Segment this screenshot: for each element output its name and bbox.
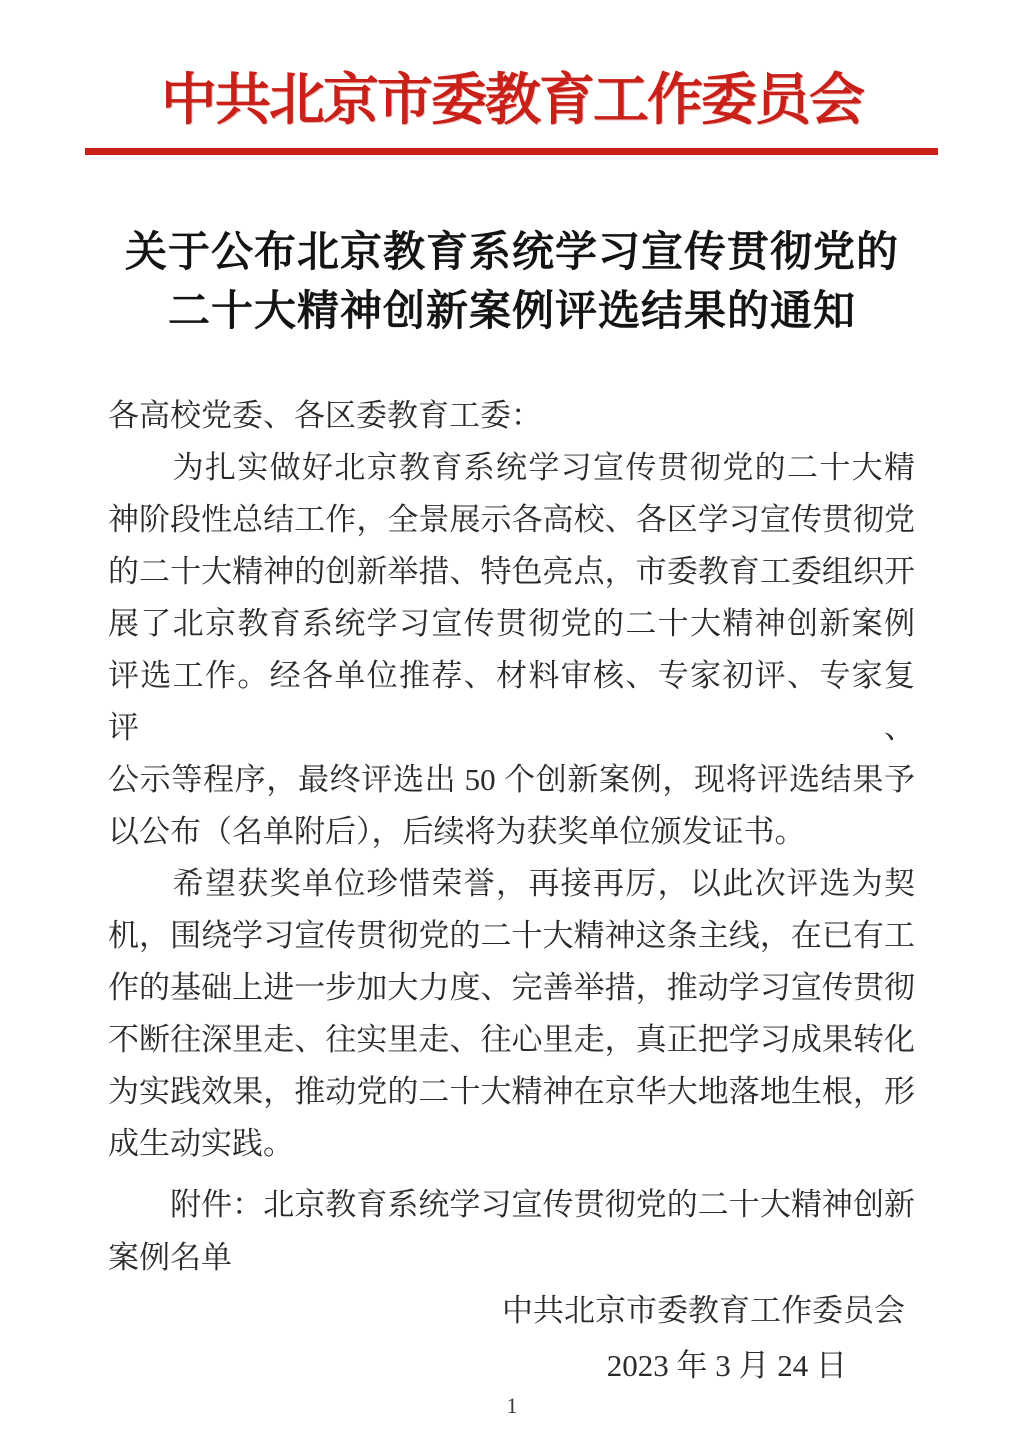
signature-date: 2023 年 3 月 24 日 [502,1338,905,1393]
body-line: 成生动实践。 [108,1118,915,1170]
letterhead-divider [85,148,938,155]
attachment-line: 案例名单 [108,1231,915,1284]
salutation: 各高校党委、各区委教育工委： [108,390,915,442]
document-title-line2: 二十大精神创新案例评选结果的通知 [60,283,964,342]
body-line: 展了北京教育系统学习宣传贯彻党的二十大精神创新案例 [108,598,915,650]
body-line: 神阶段性总结工作，全景展示各高校、各区学习宣传贯彻党 [108,494,915,546]
body-line: 为实践效果，推动党的二十大精神在京华大地落地生根，形 [108,1066,915,1118]
letterhead-org-name: 中共北京市委教育工作委员会 [0,66,1024,136]
body-line: 公示等程序，最终评选出 50 个创新案例，现将评选结果予 [108,754,915,806]
body-line: 的二十大精神的创新举措、特色亮点，市委教育工委组织开 [108,546,915,598]
body-line: 评选工作。经各单位推荐、材料审核、专家初评、专家复评、 [108,650,915,754]
document-title-line1: 关于公布北京教育系统学习宣传贯彻党的 [60,224,964,283]
body-line: 不断往深里走、往实里走、往心里走，真正把学习成果转化 [108,1014,915,1066]
signature-org: 中共北京市委教育工作委员会 [502,1283,905,1338]
body-line: 作的基础上进一步加大力度、完善举措，推动学习宣传贯彻 [108,962,915,1014]
body-line: 以公布（名单附后），后续将为获奖单位颁发证书。 [108,806,915,858]
page-number: 1 [0,1392,1024,1420]
body-line: 机，围绕学习宣传贯彻党的二十大精神这条主线，在已有工 [108,910,915,962]
document-page: 中共北京市委教育工作委员会 关于公布北京教育系统学习宣传贯彻党的 二十大精神创新… [0,0,1024,1437]
document-title: 关于公布北京教育系统学习宣传贯彻党的 二十大精神创新案例评选结果的通知 [60,224,964,342]
attachment-note: 附件：北京教育系统学习宣传贯彻党的二十大精神创新 案例名单 [108,1178,915,1284]
signature-block: 中共北京市委教育工作委员会 2023 年 3 月 24 日 [502,1283,905,1393]
body-line: 希望获奖单位珍惜荣誉，再接再厉，以此次评选为契 [108,858,915,910]
body-line: 为扎实做好北京教育系统学习宣传贯彻党的二十大精 [108,442,915,494]
attachment-line: 附件：北京教育系统学习宣传贯彻党的二十大精神创新 [108,1178,915,1231]
document-body: 各高校党委、各区委教育工委： 为扎实做好北京教育系统学习宣传贯彻党的二十大精 神… [108,390,915,1170]
